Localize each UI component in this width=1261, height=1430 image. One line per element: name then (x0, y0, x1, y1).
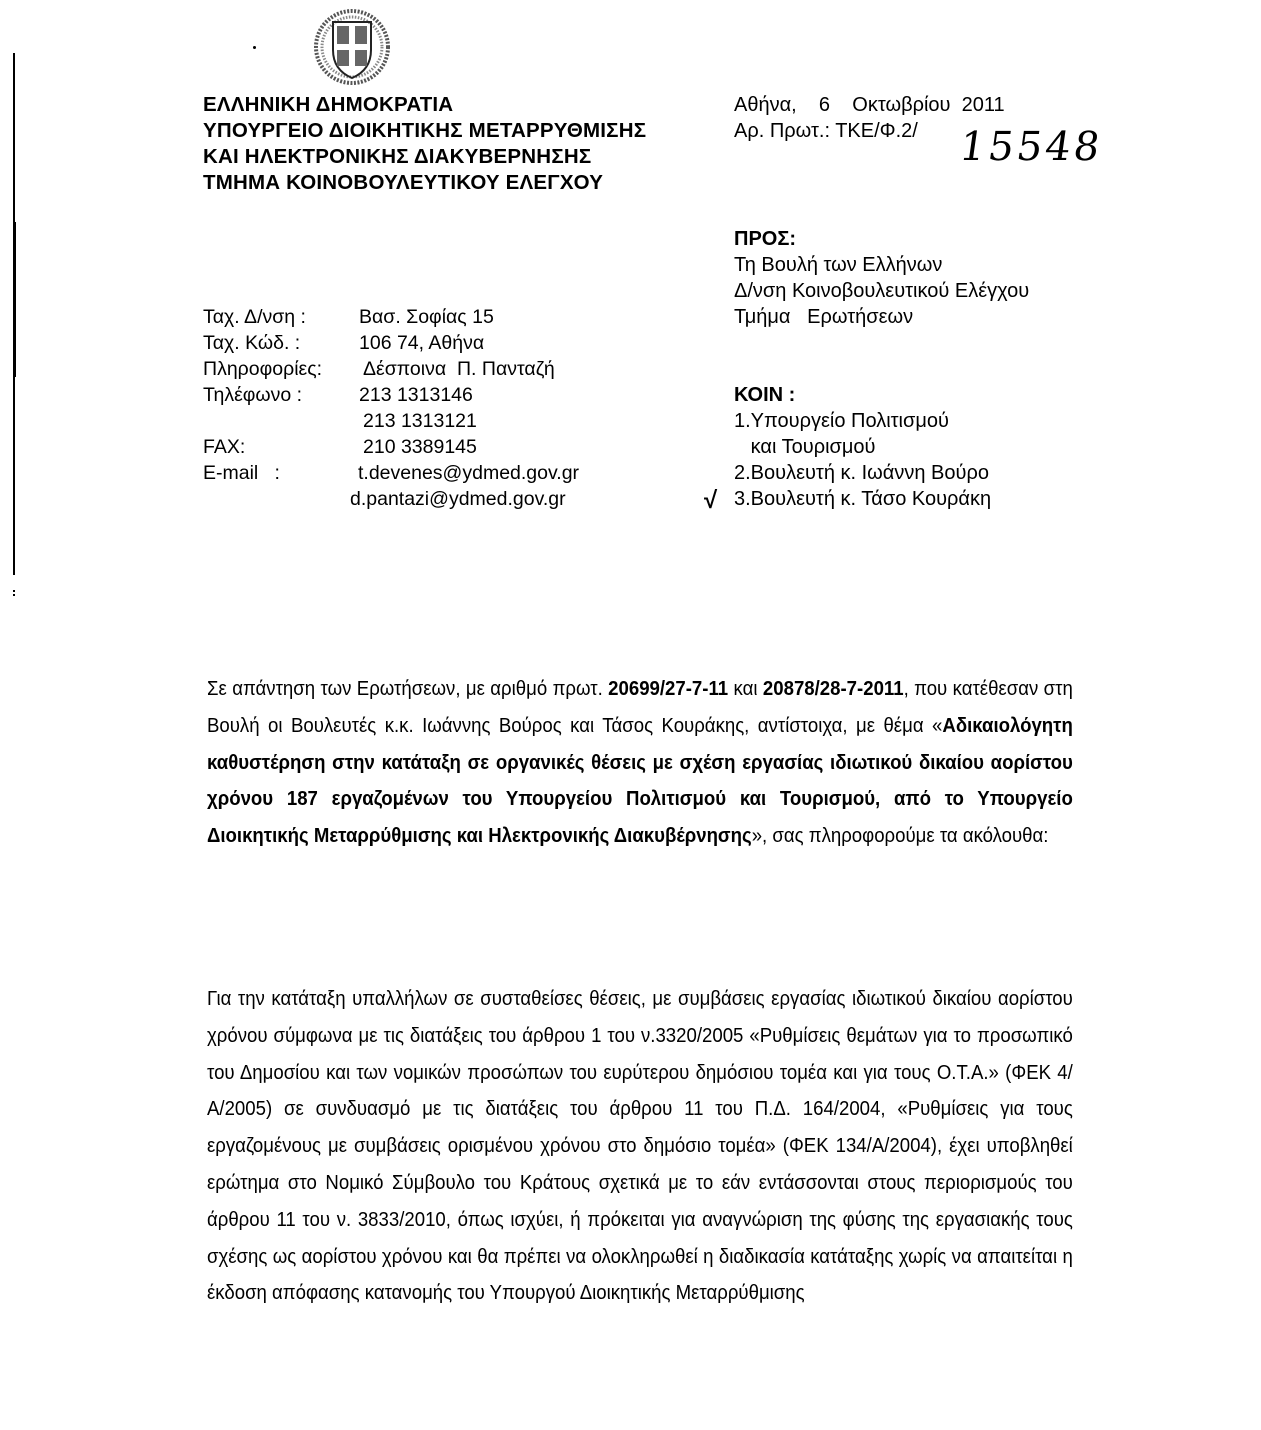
to-line: Δ/νση Κοινοβουλευτικού Ελέγχου (734, 278, 1029, 304)
to-line: Τμήμα Ερωτήσεων (734, 304, 913, 330)
body-text: Για την κατάταξη υπαλλήλων σε συσταθείσε… (207, 981, 1073, 1312)
cc-label: ΚΟΙΝ : (734, 382, 795, 408)
contact-label: Τηλέφωνο : (203, 382, 302, 408)
question-ref-1: 20699/27-7-11 (608, 678, 728, 700)
contact-value: Βασ. Σοφίας 15 (359, 304, 494, 330)
date-line: Αθήνα, 6 Οκτωβρίου 2011 (734, 92, 1005, 118)
header-country: ΕΛΛΗΝΙΚΗ ΔΗΜΟΚΡΑΤΙΑ (203, 92, 453, 118)
to-line: Τη Βουλή των Ελλήνων (734, 252, 942, 278)
contact-label: FAX: (203, 434, 245, 460)
greek-coat-of-arms-icon (313, 8, 391, 86)
scan-edge-line-thick (13, 222, 16, 377)
cc-line: και Τουρισμού (734, 434, 875, 460)
contact-value-phone: 213 1313121 (363, 408, 477, 434)
contact-email: t.devenes@ydmed.gov.gr (358, 460, 579, 486)
contact-value: 106 74, Αθήνα (359, 330, 484, 356)
contact-label: E-mail : (203, 460, 280, 486)
contact-value-phone: 213 1313146 (359, 382, 473, 408)
body-text: Σε απάντηση των Ερωτήσεων, με αριθμό πρω… (207, 678, 608, 700)
body-text: και (728, 678, 763, 700)
to-label: ΠΡΟΣ: (734, 226, 796, 252)
contact-label: Ταχ. Κώδ. : (203, 330, 300, 356)
contact-label: Ταχ. Δ/νση : (203, 304, 306, 330)
protocol-number-handwritten: 15548 (957, 124, 1106, 170)
header-department: ΤΜΗΜΑ ΚΟΙΝΟΒΟΥΛΕΥΤΙΚΟΥ ΕΛΕΓΧΟΥ (203, 170, 603, 196)
contact-value: Δέσποινα Π. Πανταζή (363, 356, 555, 382)
contact-value-fax: 210 3389145 (363, 434, 477, 460)
cc-line: 1.Υπουργείο Πολιτισμού (734, 408, 949, 434)
scan-artifact (13, 590, 19, 596)
scan-dot (253, 46, 256, 49)
header-ministry: ΥΠΟΥΡΓΕΙΟ ΔΙΟΙΚΗΤΙΚΗΣ ΜΕΤΑΡΡΥΘΜΙΣΗΣ (203, 118, 646, 144)
question-ref-2: 20878/28-7-2011 (763, 678, 904, 700)
body-text: », σας πληροφορούμε τα ακόλουθα: (752, 825, 1049, 847)
protocol-label: Αρ. Πρωτ.: ΤΚΕ/Φ.2/ (734, 118, 918, 144)
contact-email: d.pantazi@ydmed.gov.gr (350, 486, 566, 512)
header-ministry-2: ΚΑΙ ΗΛΕΚΤΡΟΝΙΚΗΣ ΔΙΑΚΥΒΕΡΝΗΣΗΣ (203, 144, 591, 170)
body-paragraph-2: Για την κατάταξη υπαλλήλων σε συσταθείσε… (207, 981, 1012, 1312)
cc-line: 3.Βουλευτή κ. Τάσο Κουράκη (734, 486, 991, 512)
contact-label: Πληροφορίες: (203, 356, 322, 382)
check-mark-icon: √ (704, 487, 717, 515)
cc-line: 2.Βουλευτή κ. Ιωάννη Βούρο (734, 460, 989, 486)
body-paragraph-1: Σε απάντηση των Ερωτήσεων, με αριθμό πρω… (207, 671, 1012, 855)
